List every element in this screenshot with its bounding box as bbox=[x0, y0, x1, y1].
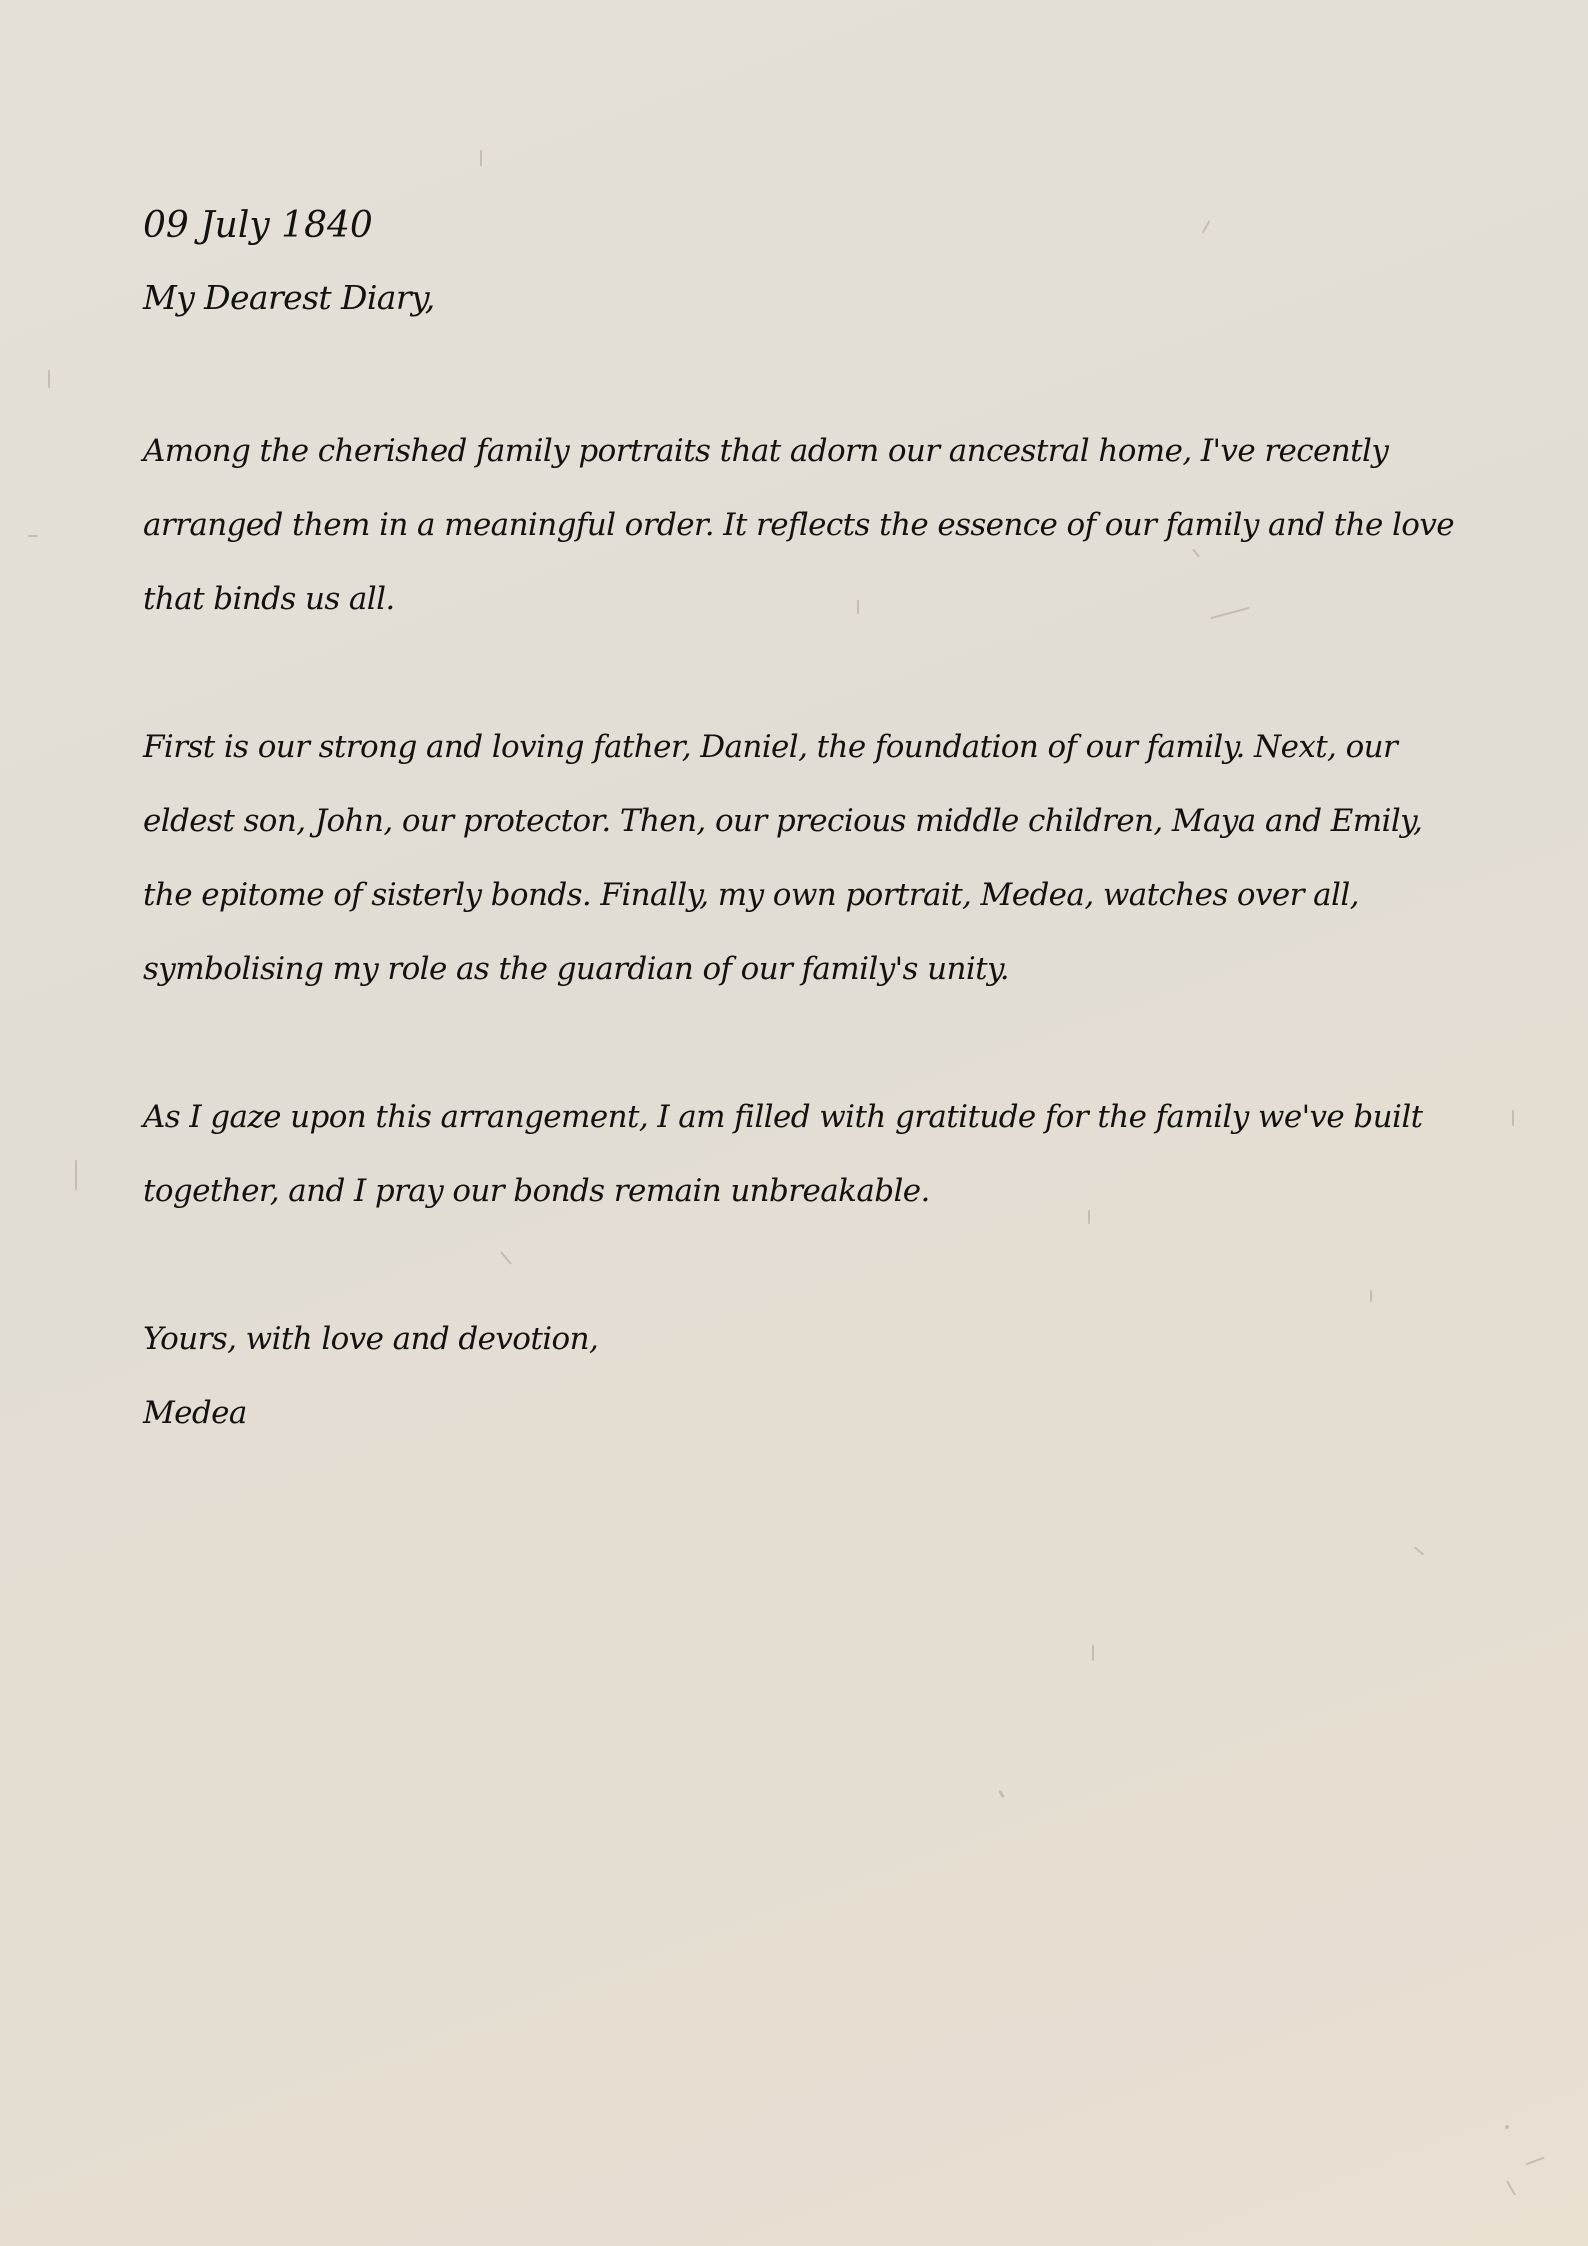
paragraph-family-order: First is our strong and loving father, D… bbox=[143, 710, 1463, 1006]
entry-date: 09 July 1840 bbox=[143, 196, 1463, 256]
paragraph-gratitude: As I gaze upon this arrangement, I am fi… bbox=[143, 1080, 1463, 1228]
salutation: My Dearest Diary, bbox=[143, 256, 1463, 340]
spacer bbox=[143, 340, 1463, 414]
closing: Yours, with love and devotion, bbox=[143, 1302, 1463, 1376]
paragraph-portraits: Among the cherished family portraits tha… bbox=[143, 414, 1463, 636]
signature: Medea bbox=[143, 1376, 1463, 1450]
diary-entry: 09 July 1840 My Dearest Diary, Among the… bbox=[143, 196, 1463, 1450]
